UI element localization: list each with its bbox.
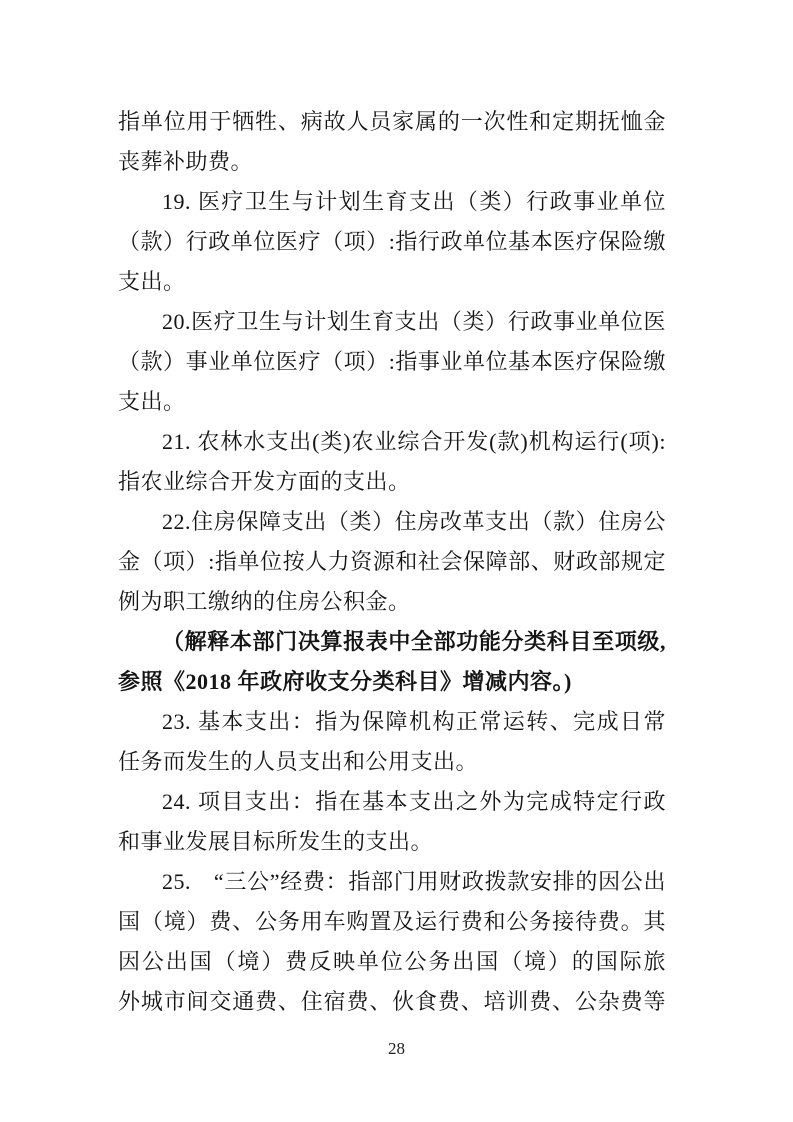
doc-line: 支出。	[118, 382, 666, 422]
doc-line: 外城市间交通费、住宿费、伙食费、培训费、公杂费等支出；	[118, 982, 666, 1022]
doc-line-item-22: 22.住房保障支出（类）住房改革支出（款）住房公积	[118, 502, 666, 542]
document-body: 指单位用于牺牲、病故人员家属的一次性和定期抚恤金以及 丧葬补助费。 19. 医疗…	[118, 102, 666, 1022]
doc-line: 金（项）:指单位按人力资源和社会保障部、财政部规定比	[118, 542, 666, 582]
doc-line: 和事业发展目标所发生的支出。	[118, 822, 666, 862]
doc-line: （款）事业单位医疗（项）:指事业单位基本医疗保险缴费	[118, 342, 666, 382]
doc-line: 因公出国（境）费反映单位公务出国（境）的国际旅费、国	[118, 942, 666, 982]
doc-line-note-bold: 参照《2018 年政府收支分类科目》增减内容。)	[118, 662, 666, 702]
doc-line-note-bold: （解释本部门决算报表中全部功能分类科目至项级,请	[118, 622, 666, 662]
doc-line: 支出。	[118, 262, 666, 302]
page-number: 28	[0, 1037, 793, 1061]
document-page: 指单位用于牺牲、病故人员家属的一次性和定期抚恤金以及 丧葬补助费。 19. 医疗…	[0, 0, 793, 1122]
doc-line: 指单位用于牺牲、病故人员家属的一次性和定期抚恤金以及	[118, 102, 666, 142]
doc-line-item-21: 21. 农林水支出(类)农业综合开发(款)机构运行(项):	[118, 422, 666, 462]
doc-line: 任务而发生的人员支出和公用支出。	[118, 742, 666, 782]
doc-line-item-23: 23. 基本支出：指为保障机构正常运转、完成日常工作	[118, 702, 666, 742]
doc-line-item-24: 24. 项目支出：指在基本支出之外为完成特定行政任务	[118, 782, 666, 822]
doc-line: 例为职工缴纳的住房公积金。	[118, 582, 666, 622]
doc-line: 国（境）费、公务用车购置及运行费和公务接待费。其中，	[118, 902, 666, 942]
doc-line: 指农业综合开发方面的支出。	[118, 462, 666, 502]
doc-line-item-19: 19. 医疗卫生与计划生育支出（类）行政事业单位医疗	[118, 182, 666, 222]
doc-line-item-20: 20.医疗卫生与计划生育支出（类）行政事业单位医疗	[118, 302, 666, 342]
doc-line-item-25: 25. “三公”经费：指部门用财政拨款安排的因公出	[118, 862, 666, 902]
doc-line: 丧葬补助费。	[118, 142, 666, 182]
doc-line: （款）行政单位医疗（项）:指行政单位基本医疗保险缴费	[118, 222, 666, 262]
